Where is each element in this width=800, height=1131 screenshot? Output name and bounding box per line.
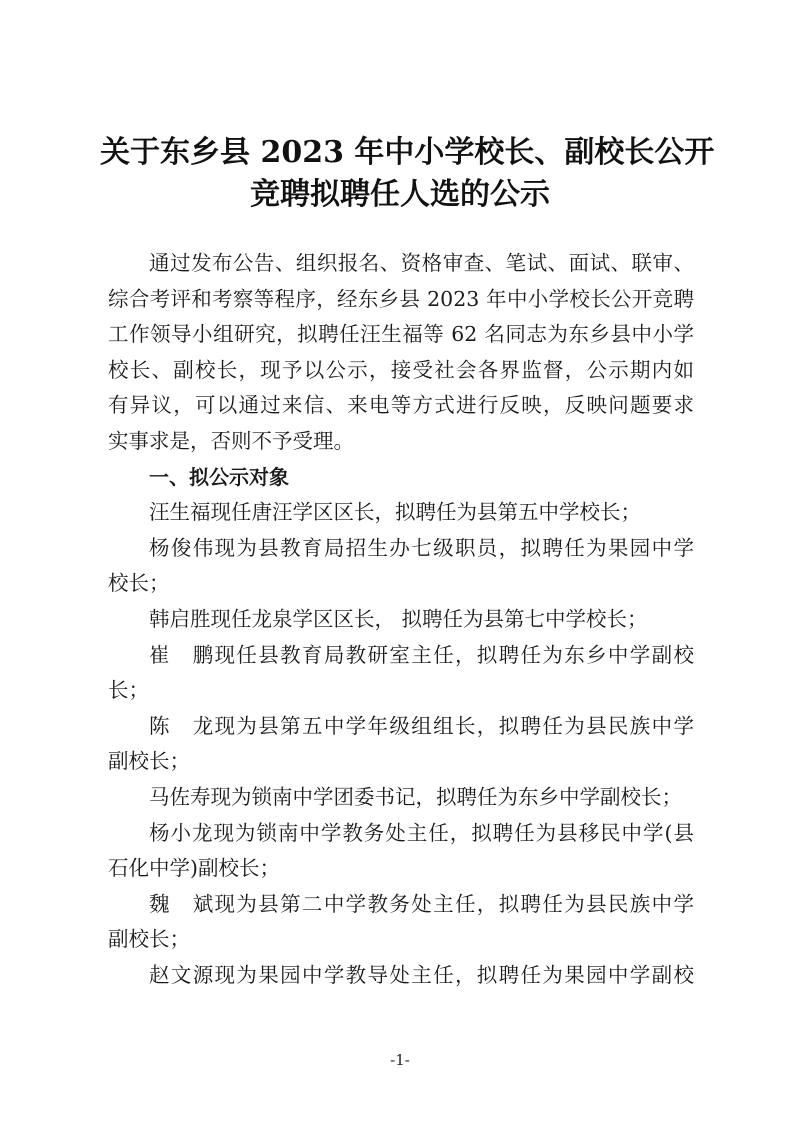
entry-line: 石化中学)副校长；	[108, 851, 694, 887]
entry-line: 副校长；	[108, 922, 694, 958]
entry-line: 副校长；	[108, 744, 694, 780]
entry-line: 杨小龙现为锁南中学教务处主任，拟聘任为县移民中学(县	[108, 816, 694, 852]
document-title: 关于东乡县 2023 年中小学校长、副校长公开 竞聘拟聘任人选的公示	[100, 132, 700, 216]
title-line-2: 竞聘拟聘任人选的公示	[100, 174, 700, 216]
intro-line: 工作领导小组研究，拟聘任汪生福等 62 名同志为东乡县中小学	[108, 317, 694, 353]
entry-line: 马佐寿现为锁南中学团委书记，拟聘任为东乡中学副校长；	[108, 780, 694, 816]
entry-line: 魏 斌现为县第二中学教务处主任，拟聘任为县民族中学	[108, 887, 694, 923]
entry-line: 校长；	[108, 566, 694, 602]
entry-line: 陈 龙现为县第五中学年级组组长，拟聘任为县民族中学	[108, 709, 694, 745]
entry-line: 汪生福现任唐汪学区区长，拟聘任为县第五中学校长；	[108, 495, 694, 531]
page-number: -1-	[0, 1051, 800, 1069]
entry-line: 长；	[108, 673, 694, 709]
intro-line: 实事求是，否则不予受理。	[108, 424, 694, 460]
entry-line: 赵文源现为果园中学教导处主任，拟聘任为果园中学副校	[108, 958, 694, 994]
document-page: 关于东乡县 2023 年中小学校长、副校长公开 竞聘拟聘任人选的公示 通过发布公…	[0, 0, 800, 1131]
document-body: 通过发布公告、组织报名、资格审查、笔试、面试、联审、 综合考评和考察等程序，经东…	[108, 246, 694, 993]
intro-line: 通过发布公告、组织报名、资格审查、笔试、面试、联审、	[108, 246, 694, 282]
title-line-1: 关于东乡县 2023 年中小学校长、副校长公开	[100, 132, 700, 174]
entry-line: 崔 鹏现任县教育局教研室主任，拟聘任为东乡中学副校	[108, 638, 694, 674]
section-heading: 一、拟公示对象	[108, 460, 694, 496]
intro-line: 校长、副校长，现予以公示，接受社会各界监督，公示期内如	[108, 353, 694, 389]
entry-line: 杨俊伟现为县教育局招生办七级职员，拟聘任为果园中学	[108, 531, 694, 567]
intro-line: 综合考评和考察等程序，经东乡县 2023 年中小学校长公开竞聘	[108, 282, 694, 318]
intro-line: 有异议，可以通过来信、来电等方式进行反映，反映问题要求	[108, 388, 694, 424]
entry-line: 韩启胜现任龙泉学区区长， 拟聘任为县第七中学校长；	[108, 602, 694, 638]
